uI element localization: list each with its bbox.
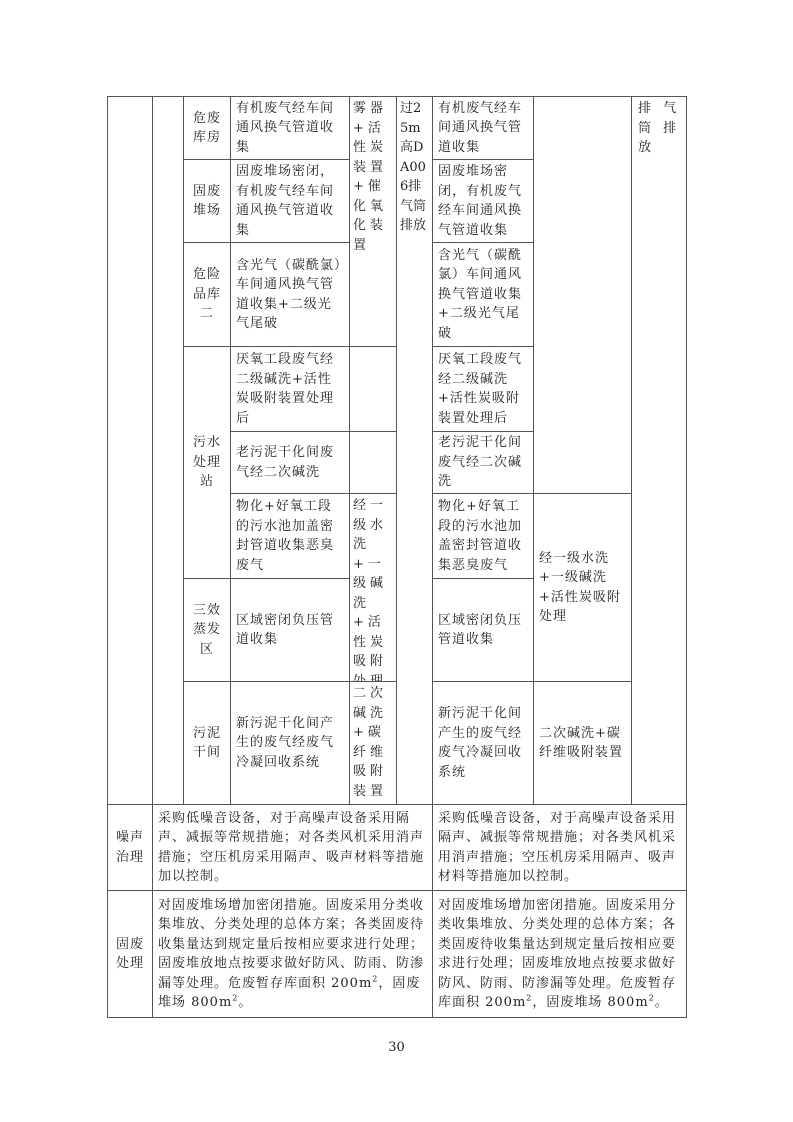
measure-right-4: 厌氧工段废气经二级碱洗+活性炭吸附装置处理后	[432, 346, 534, 432]
measure-left-6: 物化+好氧工段的污水池加盖密封管道收集恶臭废气	[230, 493, 350, 579]
subcategory-cell-blank	[152, 96, 184, 805]
noise-right: 采购低噪音设备，对于高噪声设备采用隔声、减振等常规措施；对各类风机采用消声措施；…	[432, 804, 687, 891]
measure-right-2: 固废堆场密闭，有机废气经车间通风换气管道收集	[432, 159, 534, 243]
area-wuni: 污泥干间	[183, 681, 231, 805]
device-left-2: 经一级水洗+一级碱洗+活性炭吸附处理	[349, 493, 397, 682]
solid-right: 对固废堆场增加密闭措施。固废采用分类收集堆放、分类处理的总体方案；各类固废待收集…	[432, 890, 687, 1018]
measure-left-3: 含光气（碳酰氯）车间通风换气管道收集+二级光气尾破	[230, 242, 350, 347]
measure-right-6: 物化+好氧工段的污水池加盖密封管道收集恶臭废气	[432, 493, 534, 579]
device-left-3: 二次碱洗+碳纤维吸附装置	[349, 681, 397, 805]
device-left-blank-1	[349, 346, 397, 432]
measure-left-2: 固废堆场密闭，有机废气经车间通风换气管道收集	[230, 159, 350, 243]
area-weixian-pinku: 危险品库二	[183, 242, 231, 347]
area-sanxiao: 三效蒸发区	[183, 578, 231, 682]
noise-label: 噪声治理	[107, 804, 153, 891]
device-right-2: 二次碱洗+碳纤维吸附装置	[533, 681, 632, 805]
page-number: 30	[0, 1040, 793, 1055]
device-left-blank-2	[349, 431, 397, 494]
measure-right-1: 有机废气经车间通风换气管道收集	[432, 96, 534, 160]
noise-left: 采购低噪音设备，对于高噪声设备采用隔声、减振等常规措施；对各类风机采用消声措施；…	[152, 804, 433, 891]
device-right-1: 经一级水洗+一级碱洗+活性炭吸附处理	[533, 493, 632, 682]
category-cell-blank	[107, 96, 153, 805]
measure-right-3: 含光气（碳酰氯）车间通风换气管道收集+二级光气尾破	[432, 242, 534, 347]
measure-right-8: 新污泥干化间产生的废气经废气冷凝回收系统	[432, 681, 534, 805]
outlet-left: 过25m高DA006排气筒排放	[396, 96, 433, 805]
device-right-blank	[533, 96, 632, 494]
area-gufei-duichang: 固废堆场	[183, 159, 231, 243]
measure-left-7: 区域密闭负压管道收集	[230, 578, 350, 682]
solid-label: 固废处理	[107, 890, 153, 1018]
measure-left-4: 厌氧工段废气经二级碱洗+活性炭吸附装置处理后	[230, 346, 350, 432]
measure-left-1: 有机废气经车间通风换气管道收集	[230, 96, 350, 160]
device-left-1: 雾器+活性炭装置+催化氧化装置	[349, 96, 397, 347]
area-wushui-zhan: 污水处理站	[183, 346, 231, 579]
measure-right-7: 区域密闭负压管道收集	[432, 578, 534, 682]
solid-left: 对固废堆场增加密闭措施。固废采用分类收集堆放、分类处理的总体方案；各类固废待收集…	[152, 890, 433, 1018]
area-weifei-kufang: 危废库房	[183, 96, 231, 160]
measure-right-5: 老污泥干化间废气经二次碱洗	[432, 431, 534, 494]
outlet-right: 排 气 筒 排 放	[631, 96, 687, 805]
measure-left-5: 老污泥干化间废气经二次碱洗	[230, 431, 350, 494]
measure-left-8: 新污泥干化间产生的废气经废气冷凝回收系统	[230, 681, 350, 805]
